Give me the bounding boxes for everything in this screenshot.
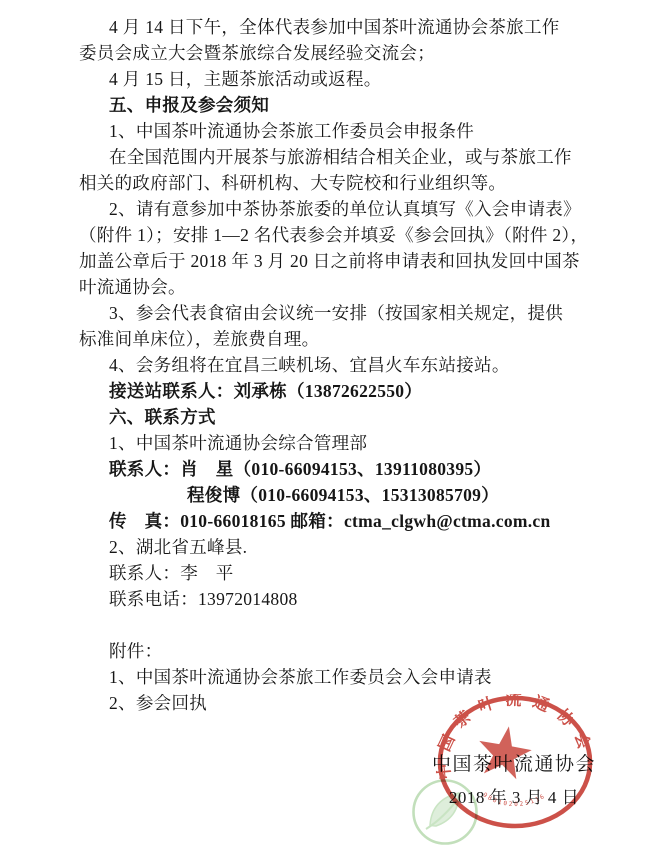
- text-line: 2、请有意参加中茶协茶旅委的单位认真填写《入会申请表》: [79, 196, 599, 222]
- text-line: 4 月 14 日下午，全体代表参加中国茶叶流通协会茶旅工作: [79, 14, 599, 40]
- text-line: 接送站联系人：刘承栋（13872622550）: [79, 378, 599, 404]
- document-page: 4 月 14 日下午，全体代表参加中国茶叶流通协会茶旅工作委员会成立大会暨茶旅综…: [0, 0, 670, 847]
- text-line: 程俊博（010-66094153、15313085709）: [79, 482, 599, 508]
- text-line: 联系人：肖 星（010-66094153、13911080395）: [79, 456, 599, 482]
- text-line: 3、参会代表食宿由会议统一安排（按国家相关规定，提供: [79, 300, 599, 326]
- text-line: 委员会成立大会暨茶旅综合发展经验交流会；: [79, 40, 599, 66]
- text-line: 联系人：李 平: [79, 560, 599, 586]
- text-line: [79, 612, 599, 638]
- text-line: 五、申报及参会须知: [79, 92, 599, 118]
- text-line: 1、中国茶叶流通协会茶旅工作委员会申报条件: [79, 118, 599, 144]
- text-line: 联系电话：13972014808: [79, 586, 599, 612]
- text-line: 传 真：010-66018165 邮箱：ctma_clgwh@ctma.com.…: [79, 508, 599, 534]
- text-line: 1、中国茶叶流通协会茶旅工作委员会入会申请表: [79, 664, 599, 690]
- text-line: （附件 1）；安排 1—2 名代表参会并填妥《参会回执》（附件 2），: [79, 222, 599, 248]
- text-line: 加盖公章后于 2018 年 3 月 20 日之前将申请表和回执发回中国茶: [79, 248, 599, 274]
- document-body: 4 月 14 日下午，全体代表参加中国茶叶流通协会茶旅工作委员会成立大会暨茶旅综…: [79, 14, 599, 716]
- text-line: 2、湖北省五峰县.: [79, 534, 599, 560]
- text-line: 4 月 15 日，主题茶旅活动或返程。: [79, 66, 599, 92]
- seal-ring-text: 中国茶叶流通协会: [434, 694, 597, 780]
- text-line: 4、会务组将在宜昌三峡机场、宜昌火车东站接站。: [79, 352, 599, 378]
- text-line: 叶流通协会。: [79, 274, 599, 300]
- official-seal: 中国茶叶流通协会 980102025116: [433, 694, 597, 834]
- text-line: 六、联系方式: [79, 404, 599, 430]
- seal-serial: 980102025116: [482, 791, 548, 808]
- text-line: 1、中国茶叶流通协会综合管理部: [79, 430, 599, 456]
- text-line: 附件：: [79, 638, 599, 664]
- star-icon: [479, 726, 531, 779]
- text-line: 标准间单床位），差旅费自理。: [79, 326, 599, 352]
- text-line: 相关的政府部门、科研机构、大专院校和行业组织等。: [79, 170, 599, 196]
- text-line: 在全国范围内开展茶与旅游相结合相关企业，或与茶旅工作: [79, 144, 599, 170]
